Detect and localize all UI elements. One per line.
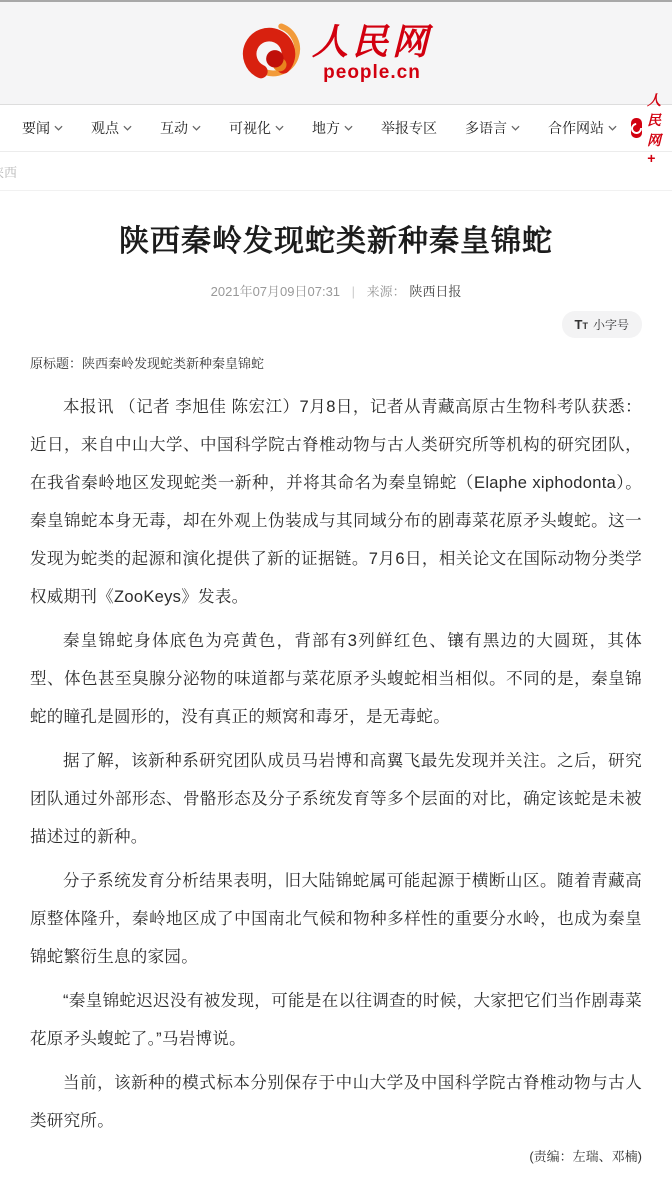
people-app-icon <box>631 118 642 138</box>
chevron-down-icon <box>275 125 284 131</box>
nav-item-duoyuyan[interactable]: 多语言 <box>451 118 534 138</box>
chevron-down-icon <box>123 125 132 131</box>
paragraph: 当前，该新种的模式标本分别保存于中山大学及中国科学院古脊椎动物与古人类研究所。 <box>30 1064 642 1140</box>
font-size-label: 小字号 <box>593 316 629 333</box>
paragraph: “秦皇锦蛇迟迟没有被发现，可能是在以往调查的时候，大家把它们当作剧毒菜花原矛头蝮… <box>30 982 642 1058</box>
nav-item-hezuo[interactable]: 合作网站 <box>534 118 631 138</box>
nav-item-label: 互动 <box>160 118 188 138</box>
nav-items: 要闻 观点 互动 可视化 地方 举报专区 多语言 合作网站 <box>0 105 631 151</box>
people-cn-logo[interactable]: 人民网 people.cn <box>240 22 432 84</box>
original-title-line: 原标题：陕西秦岭发现蛇类新种秦皇锦蛇 <box>30 353 642 372</box>
article-meta: 2021年07月09日07:31 | 来源： 陕西日报 <box>30 281 642 300</box>
site-name: 人民网 <box>312 24 432 60</box>
original-title-prefix: 原标题： <box>30 356 82 371</box>
nav-item-label: 可视化 <box>229 118 271 138</box>
editor-note: (责编：左瑞、邓楠) <box>30 1146 642 1183</box>
app-brand-label: 人民网+ <box>647 90 669 166</box>
main-nav: 要闻 观点 互动 可视化 地方 举报专区 多语言 合作网站 <box>0 104 672 152</box>
site-domain: people.cn <box>323 63 421 82</box>
page-title: 陕西秦岭发现蛇类新种秦皇锦蛇 <box>30 216 642 260</box>
paragraph: 分子系统发育分析结果表明，旧大陆锦蛇属可能起源于横断山区。随着青藏高原整体隆升，… <box>30 862 642 976</box>
article-body: 本报讯 （记者 李旭佳 陈宏江）7月8日，记者从青藏高原古生物科考队获悉：近日，… <box>30 388 642 1140</box>
nav-item-label: 举报专区 <box>381 118 437 138</box>
chevron-down-icon <box>511 125 520 131</box>
meta-separator: | <box>352 284 355 299</box>
breadcrumb-bar: 陕西 <box>0 152 672 191</box>
article: 陕西秦岭发现蛇类新种秦皇锦蛇 2021年07月09日07:31 | 来源： 陕西… <box>0 216 672 1183</box>
nav-item-jubao[interactable]: 举报专区 <box>367 118 451 138</box>
source-prefix: 来源： <box>367 284 406 299</box>
text-size-icon: TT <box>575 318 588 331</box>
nav-item-label: 地方 <box>312 118 340 138</box>
publish-datetime: 2021年07月09日07:31 <box>211 284 340 299</box>
chevron-down-icon <box>344 125 353 131</box>
chevron-down-icon <box>608 125 617 131</box>
people-cn-swirl-icon <box>240 22 302 84</box>
app-client-badge[interactable]: 人民网+ 客户端 <box>631 105 672 151</box>
chevron-down-icon <box>54 125 63 131</box>
nav-item-difang[interactable]: 地方 <box>298 118 367 138</box>
nav-item-keshihua[interactable]: 可视化 <box>215 118 298 138</box>
nav-item-guandian[interactable]: 观点 <box>77 118 146 138</box>
nav-item-label: 观点 <box>91 118 119 138</box>
nav-item-label: 合作网站 <box>548 118 604 138</box>
nav-item-yaowen[interactable]: 要闻 <box>8 118 77 138</box>
nav-item-label: 多语言 <box>465 118 507 138</box>
font-size-row: TT 小字号 <box>30 311 642 338</box>
logo-text: 人民网 people.cn <box>312 24 432 82</box>
font-size-button[interactable]: TT 小字号 <box>562 311 642 338</box>
nav-item-hudong[interactable]: 互动 <box>146 118 215 138</box>
site-header: 人民网 people.cn <box>0 0 672 104</box>
breadcrumb[interactable]: 陕西 <box>0 162 17 181</box>
chevron-down-icon <box>192 125 201 131</box>
source-name[interactable]: 陕西日报 <box>409 284 461 299</box>
original-title: 陕西秦岭发现蛇类新种秦皇锦蛇 <box>82 356 264 371</box>
paragraph: 本报讯 （记者 李旭佳 陈宏江）7月8日，记者从青藏高原古生物科考队获悉：近日，… <box>30 388 642 616</box>
nav-item-label: 要闻 <box>22 118 50 138</box>
paragraph: 秦皇锦蛇身体底色为亮黄色，背部有3列鲜红色、镶有黑边的大圆斑，其体型、体色甚至臭… <box>30 622 642 736</box>
paragraph: 据了解，该新种系研究团队成员马岩博和高翼飞最先发现并关注。之后，研究团队通过外部… <box>30 742 642 856</box>
